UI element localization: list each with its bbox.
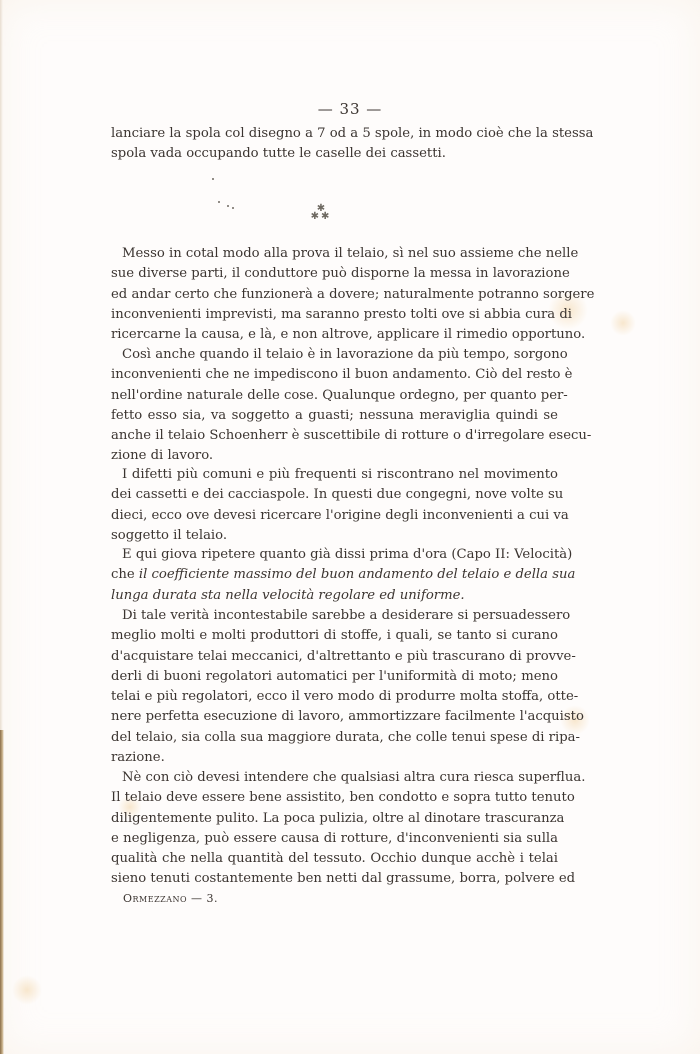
paragraph: Di tale verità incontestabile sarebbe a …	[111, 606, 558, 768]
text-line: sieno tenuti costantemente ben netti dal…	[111, 869, 558, 889]
paragraph-with-italic-quote: E qui giova ripetere quanto già dissi pr…	[111, 545, 558, 606]
ink-speck	[227, 205, 229, 207]
ink-speck	[232, 207, 234, 209]
text-line: I difetti più comuni e più frequenti si …	[111, 465, 558, 485]
text-line: inconvenienti imprevisti, ma saranno pre…	[111, 305, 558, 325]
text-line: E qui giova ripetere quanto già dissi pr…	[111, 545, 558, 565]
foxing-stain	[12, 975, 42, 1005]
text-line: Così anche quando il telaio è in lavoraz…	[111, 345, 558, 365]
text-line: spola vada occupando tutte le caselle de…	[111, 144, 558, 164]
text-italic-emphasis: il coefficiente massimo del buon andamen…	[139, 567, 575, 582]
page-edge-binding	[0, 730, 4, 1054]
text-line: nell'ordine naturale delle cose. Qualunq…	[111, 386, 558, 406]
text-line: Messo in cotal modo alla prova il telaio…	[111, 244, 558, 264]
ink-speck	[218, 201, 220, 203]
text-line: fetto esso sia, va soggetto a guasti; ne…	[111, 406, 558, 426]
text-line: derli di buoni regolatori automatici per…	[111, 667, 558, 687]
text-line: ed andar certo che funzionerà a dovere; …	[111, 285, 558, 305]
text-line: ricercarne la causa, e là, e non altrove…	[111, 325, 558, 345]
text-line: anche il telaio Schoenherr è suscettibil…	[111, 426, 558, 446]
ink-speck	[212, 178, 214, 180]
text-line: lanciare la spola col disegno a 7 od a 5…	[111, 124, 558, 144]
section-break-asterism: ✱ ✱✱	[307, 205, 335, 227]
scanned-page: — 33 — lanciare la spola col disegno a 7…	[0, 0, 700, 1054]
paragraph-continuation: lanciare la spola col disegno a 7 od a 5…	[111, 124, 558, 165]
text-line: inconvenienti che ne impediscono il buon…	[111, 365, 558, 385]
paragraph: Nè con ciò devesi intendere che qualsias…	[111, 768, 558, 890]
foxing-stain	[610, 310, 636, 336]
paragraph: I difetti più comuni e più frequenti si …	[111, 465, 558, 546]
text-line: Di tale verità incontestabile sarebbe a …	[111, 606, 558, 626]
page-number: — 33 —	[0, 100, 700, 118]
text-line: dieci, ecco ove devesi ricercare l'origi…	[111, 506, 558, 526]
text-line: qualità che nella quantità del tessuto. …	[111, 849, 558, 869]
text-line: Il telaio deve essere bene assistito, be…	[111, 788, 558, 808]
text-line: telai e più regolatori, ecco il vero mod…	[111, 687, 558, 707]
text-line: nere perfetta esecuzione di lavoro, ammo…	[111, 707, 558, 727]
printer-signature-mark: Ormezzano — 3.	[123, 892, 218, 905]
text-line: soggetto il telaio.	[111, 526, 558, 546]
text-line: razione.	[111, 748, 558, 768]
text-line: diligentemente pulito. La poca pulizia, …	[111, 809, 558, 829]
text-line-italic: lunga durata sta nella velocità regolare…	[111, 586, 558, 606]
text-line: del telaio, sia colla sua maggiore durat…	[111, 728, 558, 748]
text-roman: che	[111, 567, 139, 582]
text-line: meglio molti e molti produttori di stoff…	[111, 626, 558, 646]
text-line: zione di lavoro.	[111, 446, 558, 466]
text-line: Nè con ciò devesi intendere che qualsias…	[111, 768, 558, 788]
paragraph: Così anche quando il telaio è in lavoraz…	[111, 345, 558, 467]
text-line: d'acquistare telai meccanici, d'altretta…	[111, 647, 558, 667]
text-line: dei cassetti e dei cacciaspole. In quest…	[111, 485, 558, 505]
text-line: e negligenza, può essere causa di rottur…	[111, 829, 558, 849]
text-line: sue diverse parti, il conduttore può dis…	[111, 264, 558, 284]
paragraph: Messo in cotal modo alla prova il telaio…	[111, 244, 558, 345]
text-line-mixed: che il coefficiente massimo del buon and…	[111, 565, 558, 585]
